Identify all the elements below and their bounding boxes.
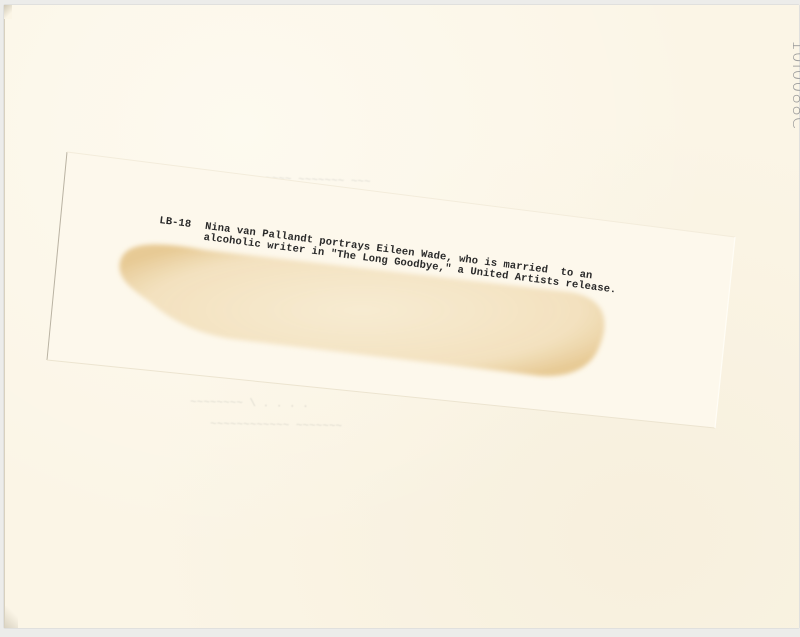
bleed-through-text-bottom-1: ~~~~~~~~ \ . . . .: [190, 397, 309, 411]
corner-fold-bottom-left: [4, 606, 18, 628]
pencil-catalog-number: 10I0088C: [788, 40, 800, 120]
corner-fold-top-left: [4, 5, 12, 19]
photo-back-sheet: [4, 5, 799, 628]
bleed-through-text-bottom-2: ~~~~~~~~~~~~ ~~~~~~~: [210, 419, 342, 433]
